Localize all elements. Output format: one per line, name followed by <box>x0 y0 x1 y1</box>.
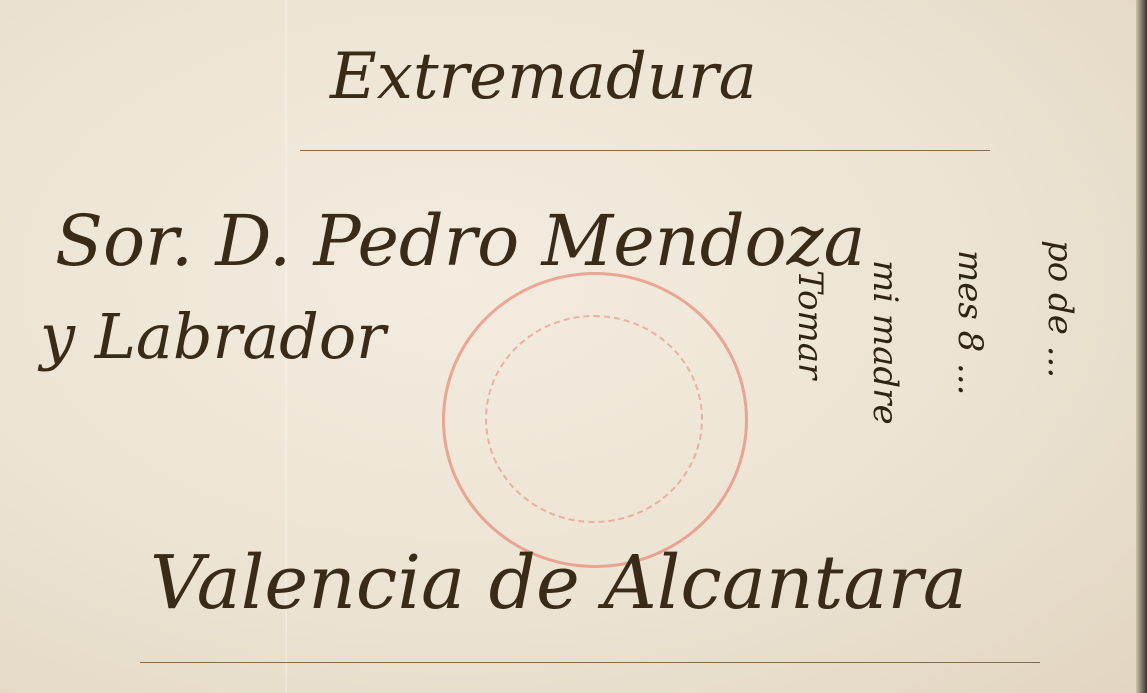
side-note-3: mes 8 ... <box>950 250 990 395</box>
postmark-inner-ring <box>485 315 703 523</box>
destination-underline <box>140 662 1040 663</box>
addressee-line2: y Labrador <box>40 300 386 373</box>
region-text: Extremadura <box>330 40 757 114</box>
destination-text: Valencia de Alcantara <box>150 540 967 626</box>
envelope-edge <box>1136 0 1147 693</box>
region-underline <box>300 150 990 151</box>
side-note-4: po de ... <box>1040 240 1080 378</box>
side-note-1: Tomar <box>790 270 830 379</box>
addressee-line1: Sor. D. Pedro Mendoza <box>55 200 865 282</box>
postmark-stamp <box>442 272 748 568</box>
side-note-2: mi madre <box>865 260 905 425</box>
